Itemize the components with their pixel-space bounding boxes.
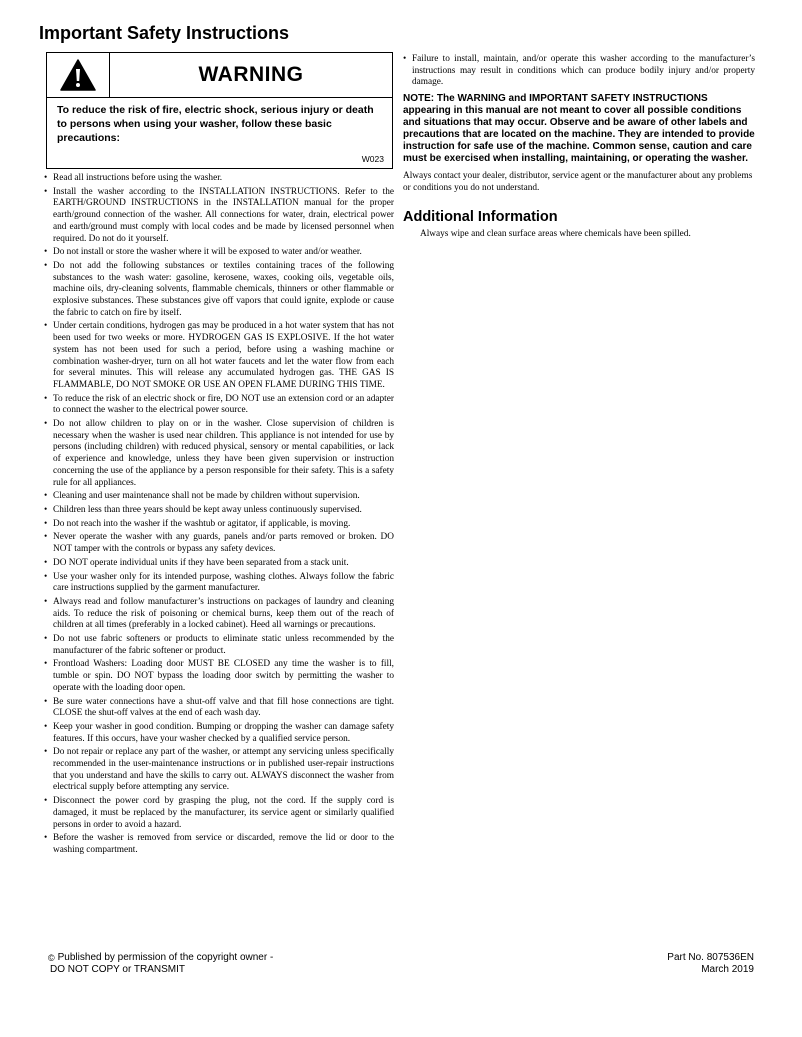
list-item: Read all instructions before using the w… <box>44 173 394 185</box>
list-item: Do not install or store the washer where… <box>44 247 394 259</box>
warning-icon-cell <box>47 53 110 97</box>
additional-info-heading: Additional Information <box>403 209 755 225</box>
warning-triangle-icon <box>60 59 96 91</box>
list-item: Do not reach into the washer if the wash… <box>44 519 394 531</box>
additional-info-text: Always wipe and clean surface areas wher… <box>403 229 755 241</box>
part-number: Part No. 807536EN <box>667 952 754 964</box>
publish-date: March 2019 <box>667 964 754 976</box>
footer-line-1: Published by permission of the copyright… <box>58 952 274 963</box>
list-item: Frontload Washers: Loading door MUST BE … <box>44 659 394 694</box>
page-title: Important Safety Instructions <box>39 23 289 44</box>
list-item: Before the washer is removed from servic… <box>44 833 394 856</box>
safety-list-continued: Failure to install, maintain, and/or ope… <box>403 54 755 89</box>
list-item: Do not use fabric softeners or products … <box>44 634 394 657</box>
list-item: Cleaning and user maintenance shall not … <box>44 491 394 503</box>
footer-copyright: ©Published by permission of the copyrigh… <box>48 952 273 976</box>
list-item: Keep your washer in good condition. Bump… <box>44 722 394 745</box>
list-item: Under certain conditions, hydrogen gas m… <box>44 321 394 391</box>
list-item: To reduce the risk of an electric shock … <box>44 394 394 417</box>
warning-heading: WARNING <box>110 53 392 97</box>
right-column: Failure to install, maintain, and/or ope… <box>403 54 755 240</box>
footer-line-2: DO NOT COPY or TRANSMIT <box>48 964 273 976</box>
safety-list: Read all instructions before using the w… <box>44 173 394 857</box>
note-paragraph: NOTE: The WARNING and IMPORTANT SAFETY I… <box>403 93 755 165</box>
warning-text: To reduce the risk of fire, electric sho… <box>57 103 384 145</box>
list-item: Install the washer according to the INST… <box>44 187 394 246</box>
list-item: Disconnect the power cord by grasping th… <box>44 796 394 831</box>
list-item: Failure to install, maintain, and/or ope… <box>403 54 755 89</box>
warning-body: To reduce the risk of fire, electric sho… <box>47 98 392 168</box>
copyright-icon: © <box>48 953 55 963</box>
left-column: WARNING To reduce the risk of fire, elec… <box>44 52 394 859</box>
warning-box: WARNING To reduce the risk of fire, elec… <box>46 52 393 169</box>
list-item: Never operate the washer with any guards… <box>44 532 394 555</box>
list-item: Be sure water connections have a shut-of… <box>44 697 394 720</box>
list-item: Children less than three years should be… <box>44 505 394 517</box>
list-item: DO NOT operate individual units if they … <box>44 558 394 570</box>
warning-code: W023 <box>57 154 384 164</box>
footer-part-info: Part No. 807536EN March 2019 <box>667 952 754 976</box>
contact-paragraph: Always contact your dealer, distributor,… <box>403 171 755 194</box>
list-item: Do not repair or replace any part of the… <box>44 747 394 794</box>
list-item: Use your washer only for its intended pu… <box>44 572 394 595</box>
list-item: Always read and follow manufacturer’s in… <box>44 597 394 632</box>
warning-header: WARNING <box>47 53 392 98</box>
list-item: Do not allow children to play on or in t… <box>44 419 394 489</box>
list-item: Do not add the following substances or t… <box>44 261 394 320</box>
